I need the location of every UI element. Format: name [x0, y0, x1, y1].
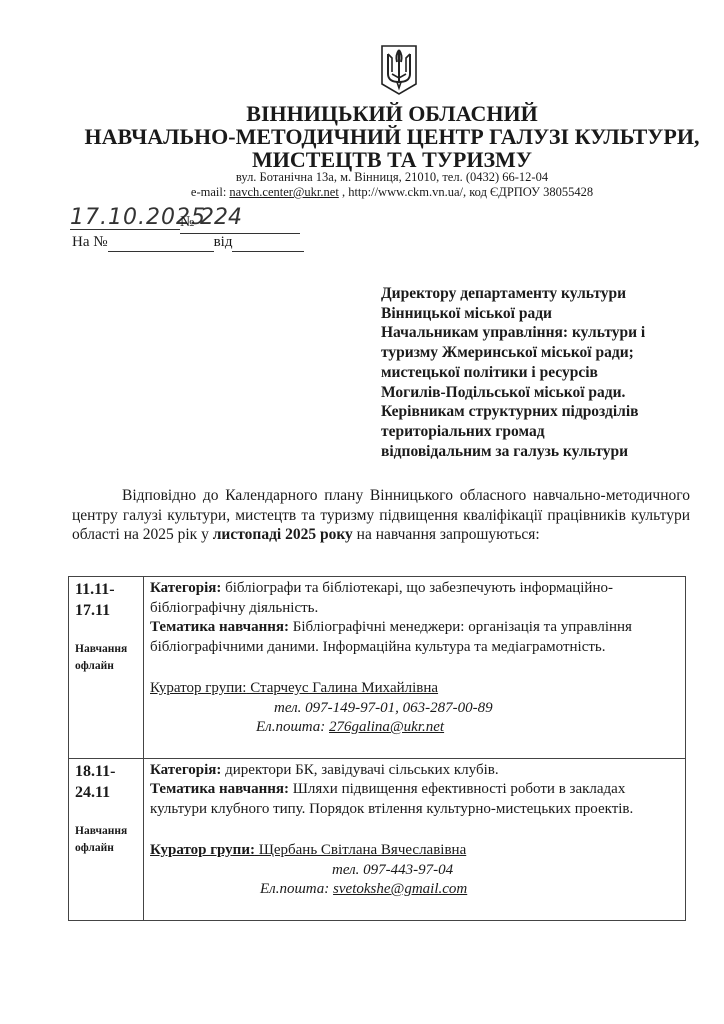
category: Категорія: бібліографи та бібліотекарі, …	[150, 579, 681, 618]
curator-phone: тел. 097-443-97-04	[150, 861, 681, 881]
curator-name: Старчеус Галина Михайлівна	[246, 680, 438, 696]
curator: Куратор групи: Старчеус Галина Михайлівн…	[150, 679, 681, 699]
curator-phone: тел. 097-149-97-01, 063-287-00-89	[150, 699, 681, 719]
org-email-link[interactable]: navch.center@ukr.net	[229, 185, 338, 199]
date-cell: 11.11- 17.11 Навчання офлайн	[69, 577, 144, 759]
category: Категорія: директори БК, завідувачі сіль…	[150, 761, 681, 781]
date-start: 11.11-	[75, 579, 139, 600]
mode-value: офлайн	[75, 840, 139, 857]
addressee-line: Керівникам структурних підрозділів	[381, 402, 701, 422]
handwritten-number: 224	[200, 205, 242, 230]
topic: Тематика навчання: Шляхи підвищення ефек…	[150, 780, 681, 819]
topic: Тематика навчання: Бібліографічні менедж…	[150, 618, 681, 657]
addressee-line: Могилів-Подільської міської ради.	[381, 383, 701, 403]
date-start: 18.11-	[75, 761, 139, 782]
org-address: вул. Ботанічна 13а, м. Вінниця, 21010, т…	[30, 170, 724, 185]
curator-label: Куратор групи:	[150, 842, 255, 858]
intro-text-end: на навчання запрошуються:	[353, 526, 540, 543]
schedule-table: 11.11- 17.11 Навчання офлайн Категорія: …	[68, 576, 686, 921]
reply-date-blank	[232, 234, 304, 252]
addressee-line: Вінницької міської ради	[381, 304, 701, 324]
email-label: Ел.пошта:	[260, 881, 333, 897]
mode-label: Навчання	[75, 823, 139, 840]
curator-email-link[interactable]: svetokshe@gmail.com	[333, 881, 467, 897]
addressee-line: відповідальним за галузь культури	[381, 442, 701, 462]
mode-label: Навчання	[75, 641, 139, 658]
addressee-line: туризму Жмеринської міської ради;	[381, 343, 701, 363]
table-row: 18.11- 24.11 Навчання офлайн Категорія: …	[69, 758, 686, 920]
details-cell: Категорія: директори БК, завідувачі сіль…	[144, 758, 686, 920]
category-label: Категорія:	[150, 762, 221, 778]
email-label: Ел.пошта:	[256, 719, 329, 735]
curator: Куратор групи: Щербань Світлана Вячеслав…	[150, 841, 681, 861]
mode-value: офлайн	[75, 658, 139, 675]
intro-paragraph: Відповідно до Календарного плану Вінниць…	[72, 486, 690, 545]
coat-of-arms-icon	[380, 44, 418, 96]
details-cell: Категорія: бібліографи та бібліотекарі, …	[144, 577, 686, 759]
curator-email: Ел.пошта: svetokshe@gmail.com	[150, 880, 681, 900]
topic-label: Тематика навчання:	[150, 781, 289, 797]
date-underline	[70, 229, 180, 230]
addressee-line: територіальних громад	[381, 422, 701, 442]
date-end: 24.11	[75, 782, 139, 803]
date-end: 17.11	[75, 600, 139, 621]
addressee-line: Директору департаменту культури	[381, 284, 701, 304]
email-label: e-mail:	[191, 185, 230, 199]
org-contacts: e-mail: navch.center@ukr.net , http://ww…	[30, 185, 724, 200]
curator-email-link[interactable]: 276galina@ukr.net	[329, 719, 444, 735]
number-label: №	[180, 214, 194, 231]
topic-label: Тематика навчання:	[150, 619, 289, 635]
curator-name: Щербань Світлана Вячеславівна	[255, 842, 466, 858]
reply-number-blank	[108, 234, 214, 252]
addressee-line: Начальникам управління: культури і	[381, 323, 701, 343]
category-label: Категорія:	[150, 580, 221, 596]
curator-email: Ел.пошта: 276galina@ukr.net	[150, 718, 681, 738]
reply-label: На №	[72, 234, 108, 250]
curator-label: Куратор групи:	[150, 680, 246, 696]
intro-highlight: листопаді 2025 року	[213, 526, 353, 543]
category-value: директори БК, завідувачі сільських клубі…	[221, 762, 498, 778]
website-and-code: , http://www.ckm.vn.ua/, код ЄДРПОУ 3805…	[339, 185, 593, 199]
date-cell: 18.11- 24.11 Навчання офлайн	[69, 758, 144, 920]
addressee-block: Директору департаменту культури Вінницьк…	[381, 284, 701, 461]
from-label: від	[214, 234, 233, 250]
addressee-line: мистецької політики і ресурсів	[381, 363, 701, 383]
reply-reference: На № від	[72, 234, 304, 252]
table-row: 11.11- 17.11 Навчання офлайн Категорія: …	[69, 577, 686, 759]
